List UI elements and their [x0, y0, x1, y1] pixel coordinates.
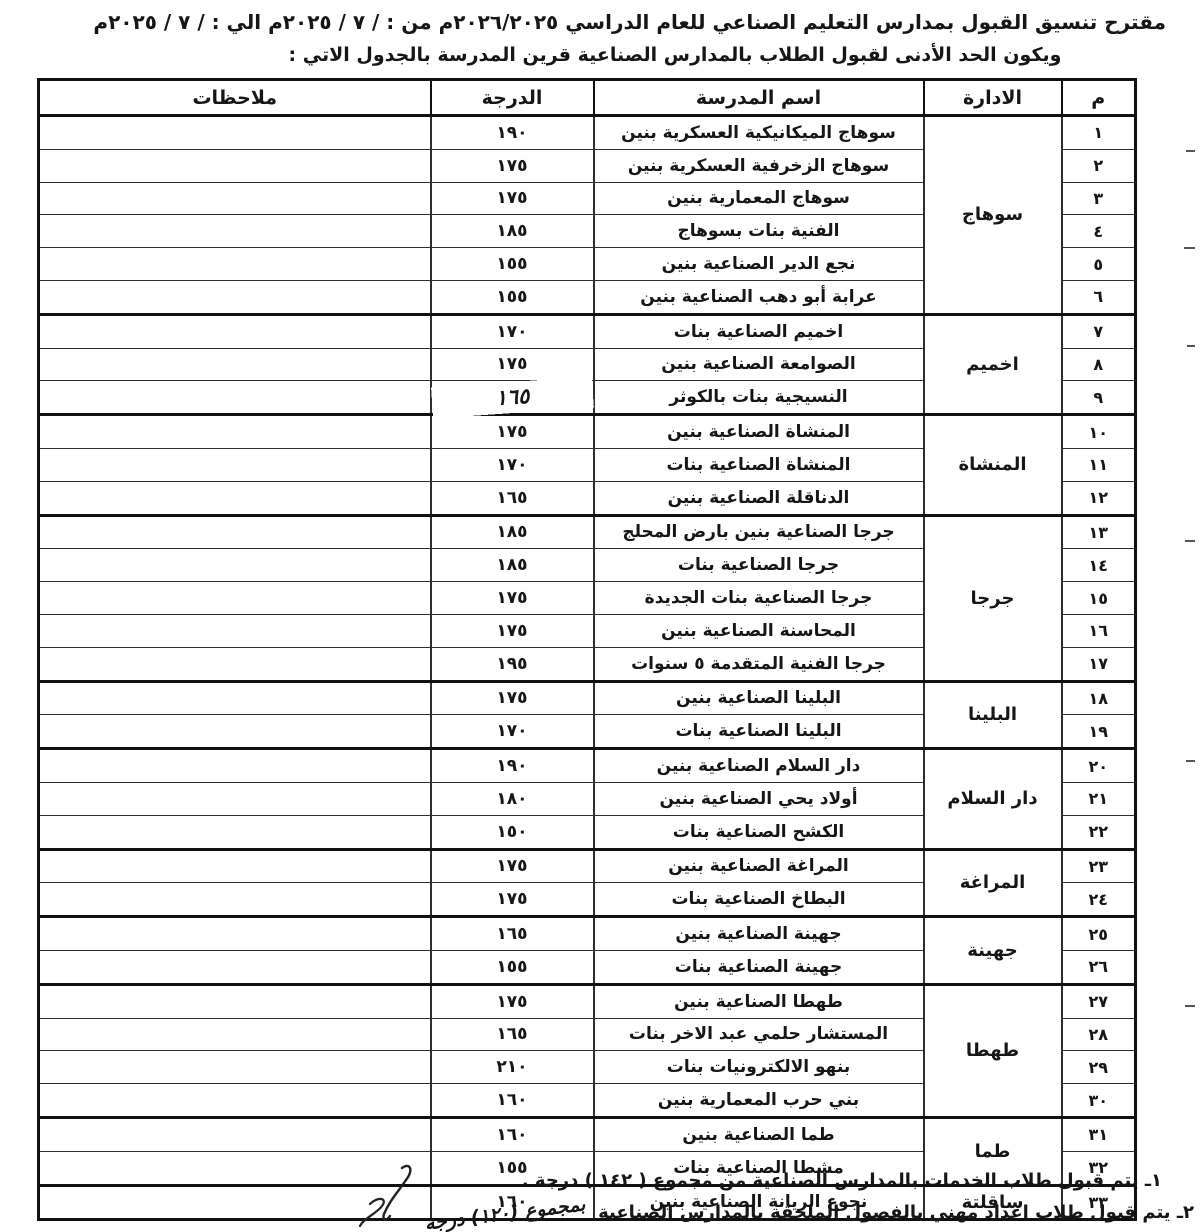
- row-index-cell: ١٢: [1062, 481, 1136, 515]
- school-name-cell: البطاخ الصناعية بنات: [594, 883, 924, 917]
- score-cell: ١٦٠: [431, 1117, 594, 1151]
- footer-note-2: ٢ـ يتم قبول طلاب اعداد مهني بالفصول المل…: [6, 1201, 1194, 1223]
- table-row: ٣١طماطما الصناعية بنين١٦٠: [39, 1117, 1136, 1151]
- table-row: ١٨البليناالبلينا الصناعية بنين١٧٥: [39, 681, 1136, 715]
- row-index-cell: ٣: [1062, 182, 1136, 215]
- school-name-cell: الصوامعة الصناعية بنين: [594, 348, 924, 381]
- notes-cell: [39, 715, 431, 749]
- row-index-cell: ٣٠: [1062, 1084, 1136, 1118]
- score-cell: ١٧٥: [431, 415, 594, 449]
- notes-cell: [39, 481, 431, 515]
- school-name-cell: البلينا الصناعية بنين: [594, 681, 924, 715]
- notes-cell: [39, 1117, 431, 1151]
- row-index-cell: ٩: [1062, 381, 1136, 415]
- school-name-cell: سوهاج الزخرفية العسكرية بنين: [594, 149, 924, 182]
- scan-speck: [1186, 760, 1195, 762]
- notes-cell: [39, 681, 431, 715]
- school-name-cell: جرجا الصناعية بنات: [594, 549, 924, 582]
- table-row: ١٠المنشاةالمنشاة الصناعية بنين١٧٥: [39, 415, 1136, 449]
- school-name-cell: عرابة أبو دهب الصناعية بنين: [594, 280, 924, 314]
- notes-cell: [39, 1018, 431, 1051]
- school-name-cell: سوهاج الميكانيكية العسكرية بنين: [594, 116, 924, 150]
- row-index-cell: ٣١: [1062, 1117, 1136, 1151]
- row-index-cell: ٥: [1062, 248, 1136, 281]
- school-name-cell: المحاسنة الصناعية بنين: [594, 614, 924, 647]
- score-cell: ١٩٠: [431, 116, 594, 150]
- school-name-cell: بنهو الالكترونيات بنات: [594, 1051, 924, 1084]
- school-name-cell: طهطا الصناعية بنين: [594, 984, 924, 1018]
- row-index-cell: ٢٠: [1062, 749, 1136, 783]
- notes-cell: [39, 950, 431, 984]
- footer-note-1: ١ـ يتم قبول طلاب الخدمات بالمدارس الصناع…: [7, 1170, 1162, 1191]
- row-index-cell: ٢٣: [1062, 849, 1136, 883]
- notes-cell: [39, 549, 431, 582]
- school-name-cell: الكشح الصناعية بنات: [594, 815, 924, 849]
- score-cell: ١٦٥: [431, 1018, 594, 1051]
- score-cell: ١٧٥: [431, 182, 594, 215]
- school-name-cell: المستشار حلمي عبد الاخر بنات: [594, 1018, 924, 1051]
- header-notes: ملاحظات: [39, 80, 431, 116]
- score-cell: ١٩٠: [431, 749, 594, 783]
- score-cell: ١٩٥: [431, 647, 594, 681]
- school-name-cell: جرجا الصناعية بنات الجديدة: [594, 582, 924, 615]
- row-index-cell: ٢١: [1062, 782, 1136, 815]
- row-index-cell: ٤: [1062, 215, 1136, 248]
- row-index-cell: ٢٢: [1062, 815, 1136, 849]
- row-index-cell: ٨: [1062, 348, 1136, 381]
- notes-cell: [39, 515, 431, 549]
- handwritten-signature-mark: [340, 1160, 430, 1230]
- score-cell: ٢١٠: [431, 1051, 594, 1084]
- notes-cell: [39, 116, 431, 150]
- scan-speck: [1185, 1005, 1195, 1007]
- notes-cell: [39, 248, 431, 281]
- notes-cell: [39, 314, 431, 348]
- row-index-cell: ٢: [1062, 149, 1136, 182]
- administration-cell: المنشاة: [924, 415, 1062, 515]
- administration-cell: البلينا: [924, 681, 1062, 749]
- score-cell: ١٧٠: [431, 715, 594, 749]
- notes-cell: [39, 917, 431, 951]
- header-score: الدرجة: [431, 80, 594, 116]
- row-index-cell: ١٦: [1062, 614, 1136, 647]
- row-index-cell: ١٧: [1062, 647, 1136, 681]
- row-index-cell: ٢٦: [1062, 950, 1136, 984]
- school-name-cell: الفنية بنات بسوهاج: [594, 215, 924, 248]
- document-page: مقترح تنسيق القبول بمدارس التعليم الصناع…: [0, 0, 1200, 1232]
- score-cell: ١٨٥: [431, 549, 594, 582]
- school-name-cell: الدناقلة الصناعية بنين: [594, 481, 924, 515]
- score-cell: ١٧٥: [431, 984, 594, 1018]
- administration-cell: جرجا: [924, 515, 1062, 681]
- notes-cell: [39, 984, 431, 1018]
- scan-speck: [1187, 345, 1195, 347]
- header-school-name: اسم المدرسة: [594, 80, 924, 116]
- table-row: ١سوهاجسوهاج الميكانيكية العسكرية بنين١٩٠: [39, 116, 1136, 150]
- row-index-cell: ٢٤: [1062, 883, 1136, 917]
- score-cell-handwritten: ١٦٥: [430, 375, 595, 420]
- score-cell: ١٧٥: [431, 883, 594, 917]
- score-cell: ١٦٥: [431, 917, 594, 951]
- school-name-cell: المنشاة الصناعية بنين: [594, 415, 924, 449]
- notes-cell: [39, 883, 431, 917]
- notes-cell: [39, 849, 431, 883]
- school-name-cell: اخميم الصناعية بنات: [594, 314, 924, 348]
- row-index-cell: ١٩: [1062, 715, 1136, 749]
- notes-cell: [39, 215, 431, 248]
- school-name-cell: البلينا الصناعية بنات: [594, 715, 924, 749]
- school-name-cell: سوهاج المعمارية بنين: [594, 182, 924, 215]
- header-index: م: [1062, 80, 1136, 116]
- table-row: ٧اخميماخميم الصناعية بنات١٧٠: [39, 314, 1136, 348]
- row-index-cell: ١١: [1062, 448, 1136, 481]
- score-cell: ١٥٥: [431, 280, 594, 314]
- administration-cell: سوهاج: [924, 116, 1062, 315]
- row-index-cell: ٧: [1062, 314, 1136, 348]
- row-index-cell: ١٥: [1062, 582, 1136, 615]
- school-name-cell: المراغة الصناعية بنين: [594, 849, 924, 883]
- notes-cell: [39, 582, 431, 615]
- notes-cell: [39, 1084, 431, 1118]
- header-administration: الادارة: [924, 80, 1062, 116]
- score-cell: ١٦٠: [431, 1084, 594, 1118]
- score-cell: ١٨٠: [431, 782, 594, 815]
- notes-cell: [39, 149, 431, 182]
- score-cell: ١٥٥: [431, 950, 594, 984]
- row-index-cell: ١٤: [1062, 549, 1136, 582]
- school-name-cell: جهينة الصناعية بنين: [594, 917, 924, 951]
- school-name-cell: جرجا الصناعية بنين بارض المحلج: [594, 515, 924, 549]
- school-name-cell: النسيجية بنات بالكوثر: [594, 381, 924, 415]
- notes-cell: [39, 815, 431, 849]
- score-cell: ١٧٠: [431, 448, 594, 481]
- school-name-cell: طما الصناعية بنين: [594, 1117, 924, 1151]
- score-cell: ١٧٥: [431, 849, 594, 883]
- score-cell: ١٧٥: [431, 149, 594, 182]
- score-cell: ١٧٥: [431, 681, 594, 715]
- table-row: ٢٠دار السلامدار السلام الصناعية بنين١٩٠: [39, 749, 1136, 783]
- school-name-cell: جهينة الصناعية بنات: [594, 950, 924, 984]
- school-name-cell: دار السلام الصناعية بنين: [594, 749, 924, 783]
- row-index-cell: ١٠: [1062, 415, 1136, 449]
- score-cell: ١٨٥: [431, 215, 594, 248]
- row-index-cell: ٢٨: [1062, 1018, 1136, 1051]
- school-name-cell: جرجا الفنية المتقدمة ٥ سنوات: [594, 647, 924, 681]
- scan-speck: [1185, 540, 1195, 542]
- score-cell: ١٨٥: [431, 515, 594, 549]
- row-index-cell: ٢٩: [1062, 1051, 1136, 1084]
- school-name-cell: أولاد يحي الصناعية بنين: [594, 782, 924, 815]
- notes-cell: [39, 1051, 431, 1084]
- notes-cell: [39, 614, 431, 647]
- score-cell: ١٥٠: [431, 815, 594, 849]
- notes-cell: [39, 381, 431, 415]
- row-index-cell: ١: [1062, 116, 1136, 150]
- notes-cell: [39, 348, 431, 381]
- table-row: ٢٣المراغةالمراغة الصناعية بنين١٧٥: [39, 849, 1136, 883]
- notes-cell: [39, 647, 431, 681]
- notes-cell: [39, 182, 431, 215]
- table-row: ٢٥جهينةجهينة الصناعية بنين١٦٥: [39, 917, 1136, 951]
- school-name-cell: بني حرب المعمارية بنين: [594, 1084, 924, 1118]
- row-index-cell: ٢٥: [1062, 917, 1136, 951]
- row-index-cell: ٦: [1062, 280, 1136, 314]
- school-name-cell: المنشاة الصناعية بنات: [594, 448, 924, 481]
- score-cell: ١٧٠: [431, 314, 594, 348]
- table-header-row: م الادارة اسم المدرسة الدرجة ملاحظات: [39, 80, 1136, 116]
- school-name-cell: نجع الدير الصناعية بنين: [594, 248, 924, 281]
- scan-speck: [1186, 150, 1195, 152]
- notes-cell: [39, 782, 431, 815]
- footer-note-2-text: ٢ـ يتم قبول طلاب اعداد مهني بالفصول المل…: [598, 1202, 1194, 1223]
- document-title: مقترح تنسيق القبول بمدارس التعليم الصناع…: [36, 10, 1166, 34]
- table-row: ١٣جرجاجرجا الصناعية بنين بارض المحلج١٨٥: [39, 515, 1136, 549]
- administration-cell: المراغة: [924, 849, 1062, 917]
- notes-cell: [39, 280, 431, 314]
- row-index-cell: ١٨: [1062, 681, 1136, 715]
- document-subtitle: ويكون الحد الأدنى لقبول الطلاب بالمدارس …: [75, 44, 1200, 66]
- notes-cell: [39, 448, 431, 481]
- score-cell: ١٥٥: [431, 248, 594, 281]
- row-index-cell: ٢٧: [1062, 984, 1136, 1018]
- row-index-cell: ١٣: [1062, 515, 1136, 549]
- scan-speck: [1184, 247, 1195, 249]
- administration-cell: دار السلام: [924, 749, 1062, 849]
- administration-cell: طهطا: [924, 984, 1062, 1117]
- administration-cell: اخميم: [924, 314, 1062, 414]
- score-cell: ١٦٥: [431, 481, 594, 515]
- table-row: ٢٧طهطاطهطا الصناعية بنين١٧٥: [39, 984, 1136, 1018]
- admission-scores-table: م الادارة اسم المدرسة الدرجة ملاحظات ١سو…: [37, 78, 1137, 1221]
- notes-cell: [39, 415, 431, 449]
- notes-cell: [39, 749, 431, 783]
- administration-cell: جهينة: [924, 917, 1062, 985]
- score-cell: ١٧٥: [431, 582, 594, 615]
- score-cell: ١٧٥: [431, 614, 594, 647]
